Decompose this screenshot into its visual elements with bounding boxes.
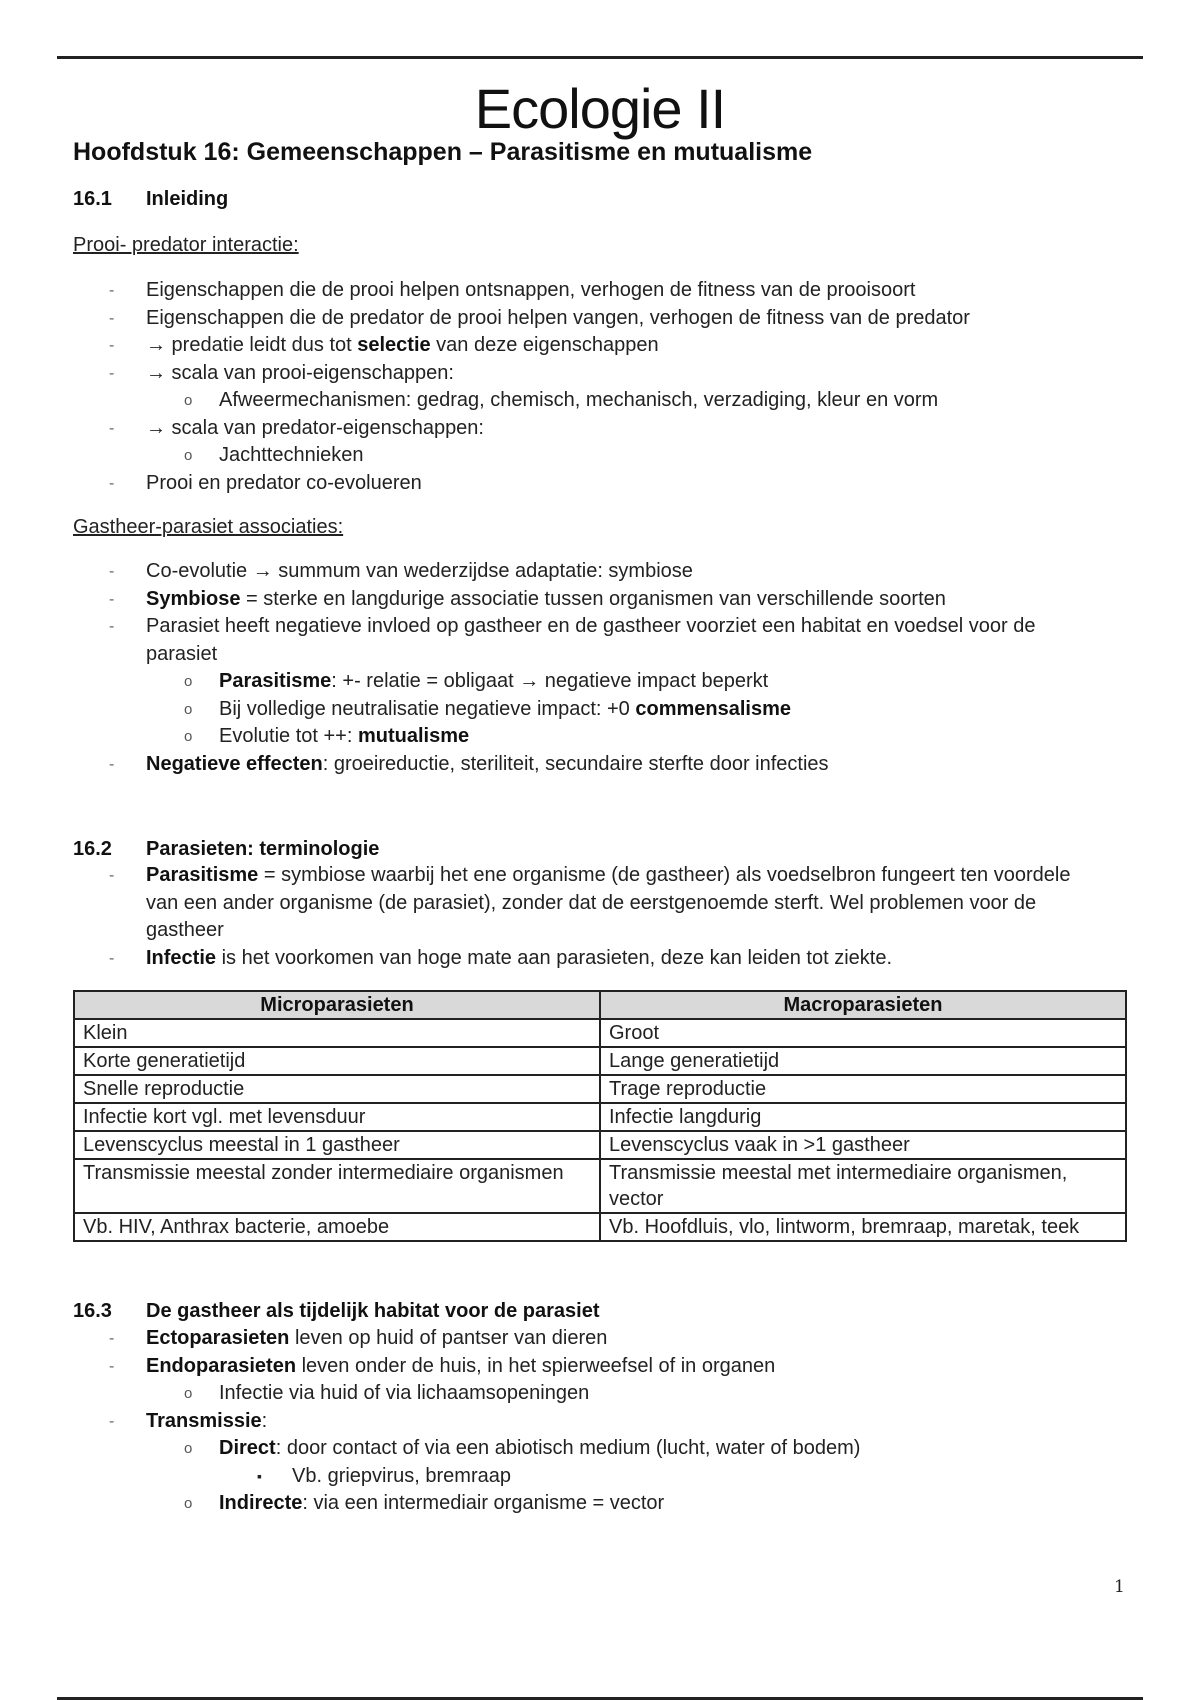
cell-microparasieten: Infectie kort vgl. met levensduur [74,1103,600,1131]
list-item: Ectoparasieten leven op huid of pantser … [73,1325,1123,1353]
list-item: Parasitisme = symbiose waarbij het ene o… [73,862,1113,945]
sub-list-item: Evolutie tot ++: mutualisme [146,723,1103,751]
table-header-macro: Macroparasieten [600,991,1126,1019]
table-row: Infectie kort vgl. met levensduurInfecti… [74,1103,1126,1131]
list-gastheer-habitat: Ectoparasieten leven op huid of pantser … [73,1325,1123,1518]
list-terminologie: Parasitisme = symbiose waarbij het ene o… [73,862,1113,972]
sub-list-item: Parasitisme: +- relatie = obligaat → neg… [146,668,1103,696]
sub-list-item: Infectie via huid of via lichaamsopening… [146,1380,1123,1408]
sub-list-item: Bij volledige neutralisatie negatieve im… [146,696,1103,724]
list-item: → scala van prooi-eigenschappen: Afweerm… [73,360,1123,415]
cell-macroparasieten: Trage reproductie [600,1075,1126,1103]
section-heading-16-2: 16.2Parasieten: terminologie [73,838,379,861]
cell-macroparasieten: Vb. Hoofdluis, vlo, lintworm, bremraap, … [600,1213,1126,1241]
list-prooi-predator: Eigenschappen die de prooi helpen ontsna… [73,277,1123,497]
table-row: Transmissie meestal zonder intermediaire… [74,1159,1126,1213]
cell-microparasieten: Snelle reproductie [74,1075,600,1103]
document-title: Ecologie II [0,76,1200,141]
list-item: Prooi en predator co-evolueren [73,470,1123,498]
cell-microparasieten: Vb. HIV, Anthrax bacterie, amoebe [74,1213,600,1241]
list-item: Eigenschappen die de prooi helpen ontsna… [73,277,1123,305]
list-item: Negatieve effecten: groeireductie, steri… [73,751,1123,779]
cell-microparasieten: Korte generatietijd [74,1047,600,1075]
cell-macroparasieten: Levenscyclus vaak in >1 gastheer [600,1131,1126,1159]
parasite-comparison-table: Microparasieten Macroparasieten KleinGro… [73,990,1127,1242]
header-rule [57,56,1143,59]
cell-microparasieten: Klein [74,1019,600,1047]
cell-macroparasieten: Infectie langdurig [600,1103,1126,1131]
sub-list-item: Jachttechnieken [146,442,1123,470]
list-gastheer-parasiet: Co-evolutie → summum van wederzijdse ada… [73,558,1123,778]
list-item: Endoparasieten leven onder de huis, in h… [73,1353,1123,1408]
list-item: Co-evolutie → summum van wederzijdse ada… [73,558,1123,586]
cell-macroparasieten: Groot [600,1019,1126,1047]
list-item: → predatie leidt dus tot selectie van de… [73,332,1123,360]
table-row: KleinGroot [74,1019,1126,1047]
table-row: Korte generatietijdLange generatietijd [74,1047,1126,1075]
subheading-gastheer-parasiet: Gastheer-parasiet associaties: [73,516,343,539]
table-header-micro: Microparasieten [74,991,600,1019]
list-item: Eigenschappen die de predator de prooi h… [73,305,1123,333]
section-heading-16-3: 16.3De gastheer als tijdelijk habitat vo… [73,1300,600,1323]
table-row: Snelle reproductieTrage reproductie [74,1075,1126,1103]
sub-sub-list-item: Vb. griepvirus, bremraap [219,1463,1123,1491]
table-row: Levenscyclus meestal in 1 gastheerLevens… [74,1131,1126,1159]
list-item: Symbiose = sterke en langdurige associat… [73,586,1123,614]
cell-microparasieten: Levenscyclus meestal in 1 gastheer [74,1131,600,1159]
sub-list-item: Indirecte: via een intermediair organism… [146,1490,1123,1518]
sub-list-item: Direct: door contact of via een abiotisc… [146,1435,1123,1490]
cell-macroparasieten: Lange generatietijd [600,1047,1126,1075]
list-item: Parasiet heeft negatieve invloed op gast… [73,613,1123,751]
list-item: Infectie is het voorkomen van hoge mate … [73,945,1113,973]
section-heading-16-1: 16.1Inleiding [73,188,228,211]
list-item: Transmissie: Direct: door contact of via… [73,1408,1123,1518]
table-row: Vb. HIV, Anthrax bacterie, amoebeVb. Hoo… [74,1213,1126,1241]
cell-macroparasieten: Transmissie meestal met intermediaire or… [600,1159,1126,1213]
subheading-prooi-predator: Prooi- predator interactie: [73,234,299,257]
page-number: 1 [1114,1577,1125,1597]
sub-list-item: Afweermechanismen: gedrag, chemisch, mec… [146,387,1123,415]
cell-microparasieten: Transmissie meestal zonder intermediaire… [74,1159,600,1213]
chapter-heading: Hoofdstuk 16: Gemeenschappen – Parasitis… [73,138,812,167]
list-item: → scala van predator-eigenschappen: Jach… [73,415,1123,470]
